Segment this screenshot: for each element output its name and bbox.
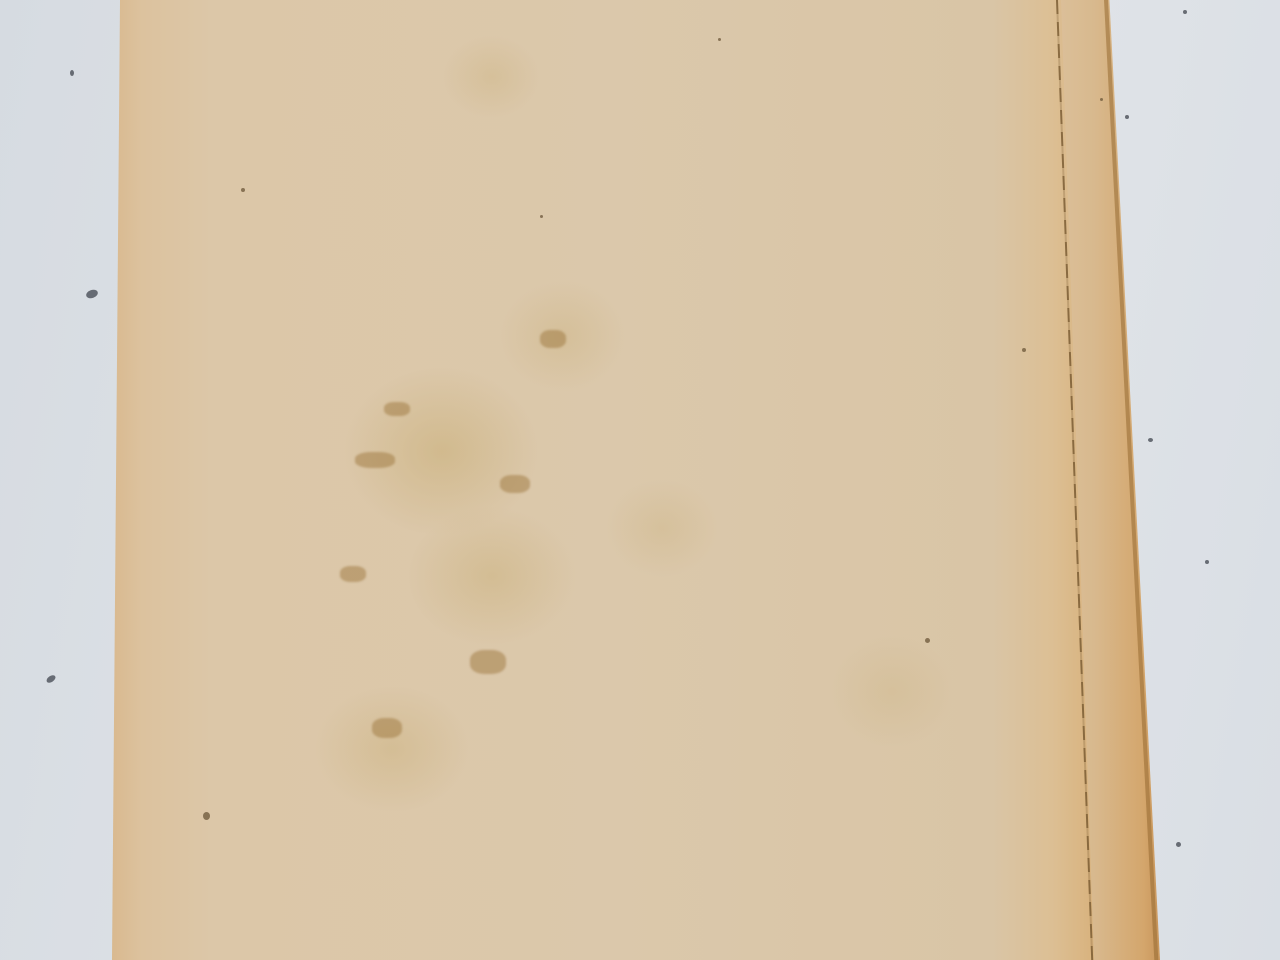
paper-speck bbox=[241, 188, 245, 192]
foxing-stain bbox=[500, 475, 530, 493]
foxing-stain bbox=[384, 402, 410, 416]
foxing-stain bbox=[470, 650, 506, 674]
foxing-stain bbox=[355, 452, 395, 468]
surface-speck bbox=[1125, 115, 1129, 119]
foxing-stain bbox=[372, 718, 402, 738]
paper-speck bbox=[1022, 348, 1026, 352]
foxing-stain bbox=[340, 566, 366, 582]
surface-speck bbox=[1205, 560, 1209, 564]
surface-speck bbox=[1176, 842, 1181, 847]
surface-speck bbox=[70, 70, 74, 76]
foxing-stain bbox=[540, 330, 566, 348]
paper-speck bbox=[925, 638, 930, 643]
paper-speck bbox=[540, 215, 543, 218]
surface-speck bbox=[1148, 438, 1153, 442]
paper-speck bbox=[1100, 98, 1103, 101]
surface-speck bbox=[1183, 10, 1187, 14]
paper-speck bbox=[718, 38, 721, 41]
paper-speck bbox=[203, 812, 210, 820]
paper-page bbox=[112, 0, 1112, 960]
